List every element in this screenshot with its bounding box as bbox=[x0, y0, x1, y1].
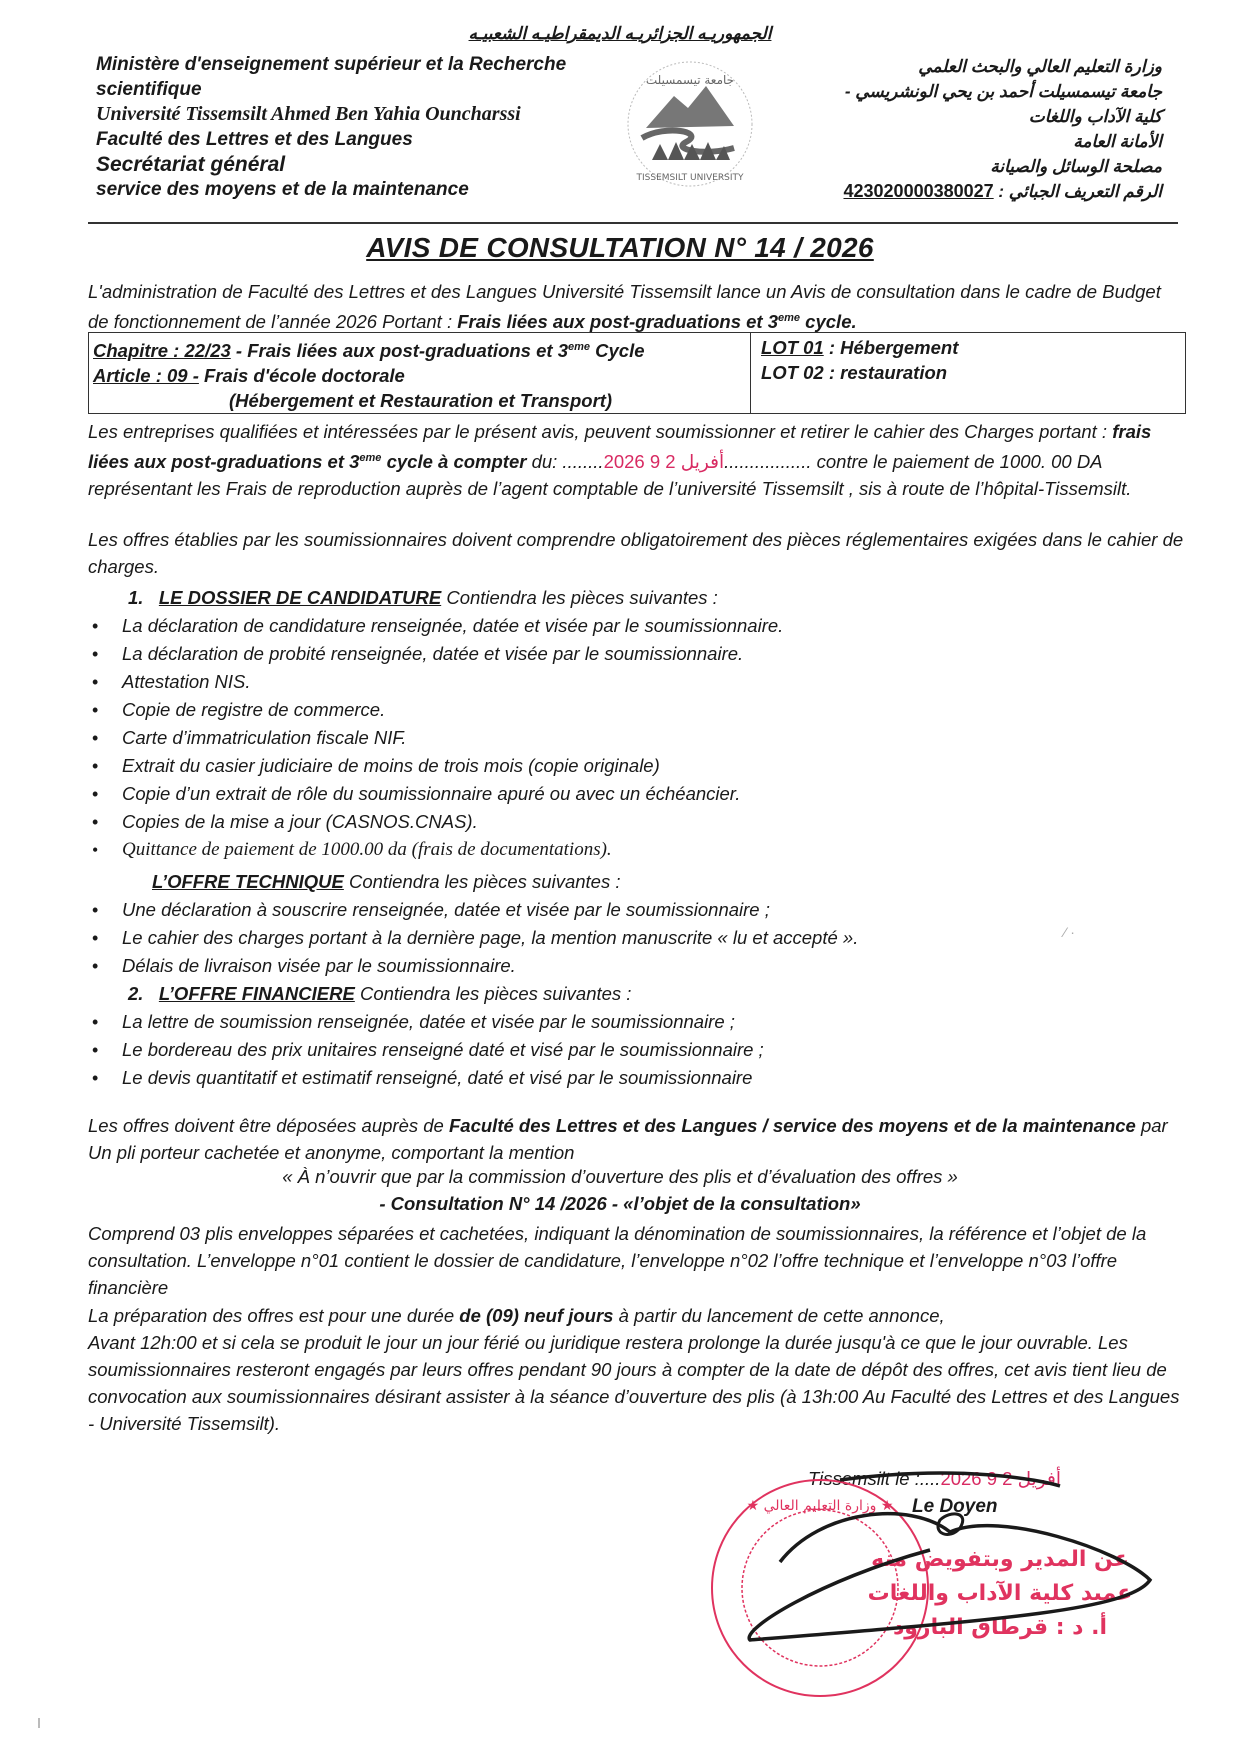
header-left-block: Ministère d'enseignement supérieur et la… bbox=[96, 52, 616, 202]
consultation-reference: - Consultation N° 14 /2026 - «l’objet de… bbox=[0, 1193, 1240, 1215]
university-name: Université Tissemsilt Ahmed Ben Yahia Ou… bbox=[96, 102, 616, 127]
budget-lots-cell: LOT 01 : Hébergement LOT 02 : restaurati… bbox=[751, 333, 1185, 413]
envelope-mention: « À n’ouvrir que par la commission d’ouv… bbox=[0, 1166, 1240, 1188]
intro-paragraph: L'administration de Faculté des Lettres … bbox=[88, 278, 1184, 335]
deadline-paragraph: La préparation des offres est pour une d… bbox=[88, 1302, 1184, 1437]
list-item: Copie d’un extrait de rôle du soumission… bbox=[88, 780, 1184, 808]
section-heading: L’OFFRE TECHNIQUE Contiendra les pièces … bbox=[88, 868, 1184, 896]
republic-heading: الجمهوريـه الجزائريـه الديمقراطيـه الشعب… bbox=[469, 24, 772, 44]
section-heading: 1. LE DOSSIER DE CANDIDATURE Contiendra … bbox=[88, 584, 1184, 612]
service-arabic: مصلحة الوسائل والصيانة bbox=[762, 154, 1162, 179]
list-item: Attestation NIS. bbox=[88, 668, 1184, 696]
section-heading: 2. L’OFFRE FINANCIERE Contiendra les piè… bbox=[88, 980, 1184, 1008]
university-logo-icon: جامعة تيسمسيلت TISSEMSILT UNIVERSITY bbox=[616, 56, 764, 192]
list-item: La déclaration de candidature renseignée… bbox=[88, 612, 1184, 640]
nif-number: 423020000380027 bbox=[844, 181, 994, 201]
scan-margin-mark bbox=[38, 1718, 40, 1728]
ministry-line: Ministère d'enseignement supérieur et la… bbox=[96, 52, 616, 77]
list-item: Quittance de paiement de 1000.00 da (fra… bbox=[88, 836, 1184, 864]
budget-table: Chapitre : 22/23 - Frais liées aux post-… bbox=[88, 332, 1186, 414]
signatory-role: Le Doyen bbox=[912, 1496, 998, 1518]
budget-chapter-cell: Chapitre : 22/23 - Frais liées aux post-… bbox=[89, 333, 751, 413]
offers-requirement-paragraph: Les offres établies par les soumissionna… bbox=[88, 526, 1184, 580]
list-item: Carte d’immatriculation fiscale NIF. bbox=[88, 724, 1184, 752]
envelopes-paragraph: Comprend 03 plis enveloppes séparées et … bbox=[88, 1220, 1184, 1301]
lot-01: LOT 01 : Hébergement bbox=[761, 335, 1175, 360]
lot-02: LOT 02 : restauration bbox=[761, 360, 1175, 385]
list-item: Une déclaration à souscrire renseignée, … bbox=[88, 896, 1184, 924]
faculty-arabic: كلية الآداب واللغات bbox=[762, 104, 1162, 129]
faculty-name: Faculté des Lettres et des Langues bbox=[96, 127, 616, 152]
header-right-block: وزارة التعليم العالي والبحث العلمي جامعة… bbox=[762, 54, 1162, 204]
chapitre-row: Chapitre : 22/23 - Frais liées aux post-… bbox=[93, 335, 746, 363]
document-page: الجمهوريـه الجزائريـه الديمقراطيـه الشعب… bbox=[0, 0, 1240, 1754]
header-divider bbox=[88, 222, 1178, 224]
svg-text:أ. د : قرطاق البارود: أ. د : قرطاق البارود bbox=[893, 1611, 1107, 1640]
scan-artifact: ⁄ · bbox=[1064, 924, 1075, 940]
signature-place-date: Tissemsilt le :....2026 أفريل 2 9 bbox=[808, 1468, 1061, 1490]
section-offre-financiere: 2. L’OFFRE FINANCIERE Contiendra les piè… bbox=[88, 980, 1184, 1092]
list-item: Le bordereau des prix unitaires renseign… bbox=[88, 1036, 1184, 1064]
list-item: Le devis quantitatif et estimatif rensei… bbox=[88, 1064, 1184, 1092]
secretariat: Secrétariat général bbox=[96, 152, 616, 177]
nif-line: الرقم التعريف الجبائي : 423020000380027 bbox=[762, 179, 1162, 204]
article-row: Article : 09 - Frais d'école doctorale bbox=[93, 363, 746, 388]
list-item: Copie de registre de commerce. bbox=[88, 696, 1184, 724]
secretariat-arabic: الأمانة العامة bbox=[762, 129, 1162, 154]
service-name: service des moyens et de la maintenance bbox=[96, 177, 616, 202]
section-offre-technique: L’OFFRE TECHNIQUE Contiendra les pièces … bbox=[88, 868, 1184, 980]
list-item: Délais de livraison visée par le soumiss… bbox=[88, 952, 1184, 980]
list-item: La lettre de soumission renseignée, daté… bbox=[88, 1008, 1184, 1036]
signature-date-stamp: 2026 أفريل 2 9 bbox=[940, 1468, 1061, 1489]
svg-text:★ وزارة التعليم العالي ★: ★ وزارة التعليم العالي ★ bbox=[747, 1498, 894, 1514]
withdrawal-paragraph: Les entreprises qualifiées et intéressée… bbox=[88, 418, 1184, 502]
ministry-arabic: وزارة التعليم العالي والبحث العلمي bbox=[762, 54, 1162, 79]
section-dossier-candidature: 1. LE DOSSIER DE CANDIDATURE Contiendra … bbox=[88, 584, 1184, 864]
page-title: AVIS DE CONSULTATION N° 14 / 2026 bbox=[0, 232, 1240, 264]
article-detail: (Hébergement et Restauration et Transpor… bbox=[93, 388, 746, 413]
list-item: La déclaration de probité renseignée, da… bbox=[88, 640, 1184, 668]
university-arabic: جامعة تيسمسيلت أحمد بن يحي الونشريسي - bbox=[762, 79, 1162, 104]
svg-text:جامعة تيسمسيلت: جامعة تيسمسيلت bbox=[646, 73, 734, 87]
svg-text:عميد كلية الآداب واللغات: عميد كلية الآداب واللغات bbox=[868, 1580, 1133, 1606]
nif-label: الرقم التعريف الجبائي : bbox=[998, 182, 1162, 201]
list-item: Le cahier des charges portant à la derni… bbox=[88, 924, 1184, 952]
svg-text:عن المدير وبتفويض منه: عن المدير وبتفويض منه bbox=[871, 1547, 1129, 1572]
deposit-paragraph: Les offres doivent être déposées auprès … bbox=[88, 1112, 1184, 1166]
svg-text:TISSEMSILT UNIVERSITY: TISSEMSILT UNIVERSITY bbox=[636, 173, 744, 183]
list-item: Copies de la mise a jour (CASNOS.CNAS). bbox=[88, 808, 1184, 836]
list-item: Extrait du casier judiciaire de moins de… bbox=[88, 752, 1184, 780]
date-stamp: 2026 أفريل 2 9 bbox=[604, 451, 725, 472]
ministry-line-2: scientifique bbox=[96, 77, 616, 102]
